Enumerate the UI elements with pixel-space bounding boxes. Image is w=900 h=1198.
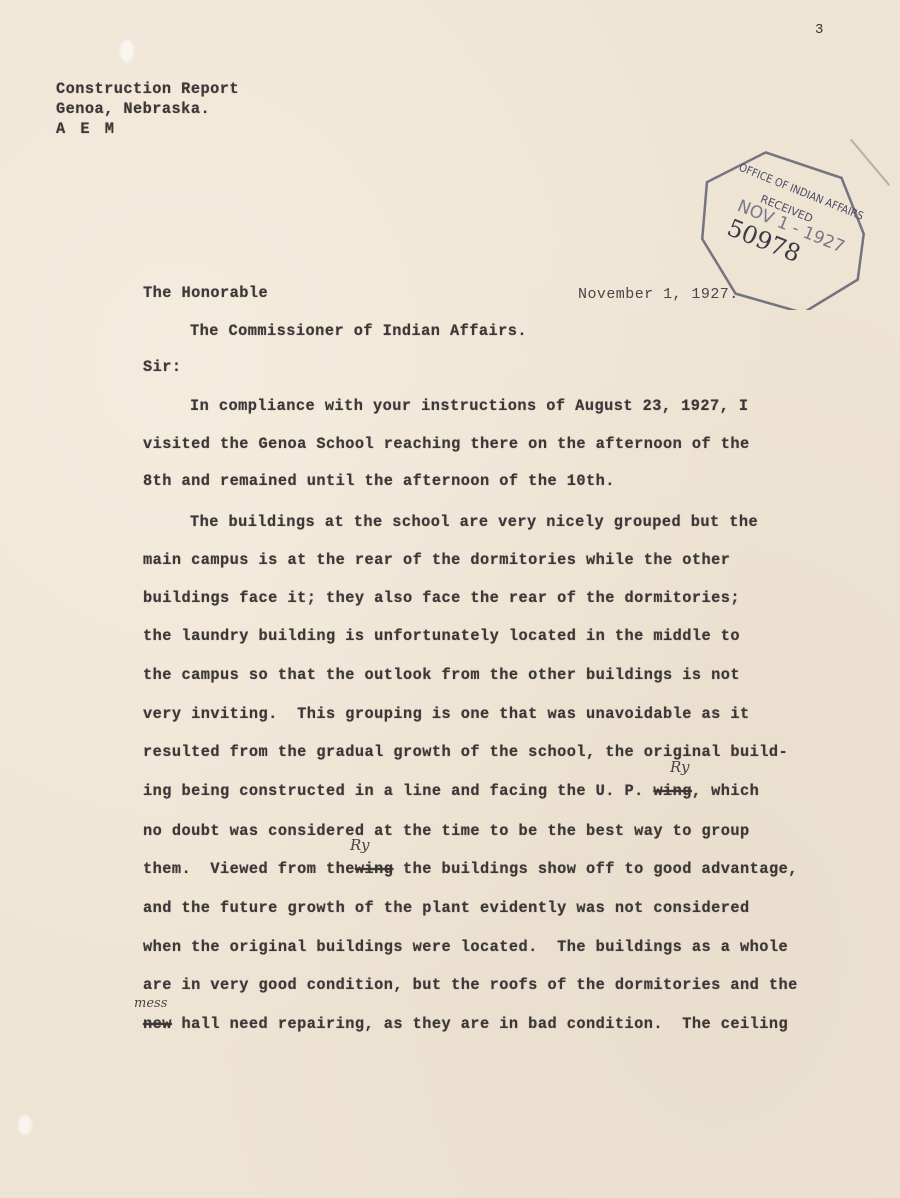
body-line-14: and the future growth of the plant evide…: [143, 899, 750, 917]
struck-word: wing: [355, 860, 394, 878]
body-line-11: ing being constructed in a line and faci…: [143, 782, 759, 800]
paper-crease: [18, 1115, 32, 1135]
body-line-16: are in very good condition, but the roof…: [143, 976, 798, 994]
body-line-5: main campus is at the rear of the dormit…: [143, 551, 730, 569]
body-line-2: visited the Genoa School reaching there …: [143, 435, 750, 453]
body-line-8: the campus so that the outlook from the …: [143, 666, 740, 684]
body-line-10: resulted from the gradual growth of the …: [143, 743, 788, 761]
page-number: 3: [815, 22, 823, 38]
honorific: The Honorable: [143, 284, 268, 302]
body-line-4: The buildings at the school are very nic…: [190, 513, 758, 531]
header-title: Construction Report: [56, 80, 239, 98]
addressee: The Commissioner of Indian Affairs.: [190, 322, 527, 340]
handwritten-insert: Ry: [670, 758, 690, 776]
body-line-9: very inviting. This grouping is one that…: [143, 705, 750, 723]
body-line-15: when the original buildings were located…: [143, 938, 788, 956]
header-location: Genoa, Nebraska.: [56, 100, 210, 118]
struck-word: wing: [653, 782, 692, 800]
header-initials: A E M: [56, 120, 117, 138]
body-line-12: no doubt was considered at the time to b…: [143, 822, 750, 840]
handwritten-insert: Ry: [350, 836, 370, 854]
body-line-6: buildings face it; they also face the re…: [143, 589, 740, 607]
body-line-3: 8th and remained until the afternoon of …: [143, 472, 615, 490]
greeting: Sir:: [143, 358, 182, 376]
body-line-7: the laundry building is unfortunately lo…: [143, 627, 740, 645]
body-line-13: them. Viewed from thewing the buildings …: [143, 860, 798, 878]
handwritten-insert: mess: [134, 996, 167, 1011]
body-line-17: new hall need repairing, as they are in …: [143, 1015, 788, 1033]
body-line-1: In compliance with your instructions of …: [190, 397, 749, 415]
struck-word: new: [143, 1015, 172, 1033]
paper-crease: [120, 40, 134, 62]
letter-date: November 1, 1927.: [578, 286, 739, 303]
